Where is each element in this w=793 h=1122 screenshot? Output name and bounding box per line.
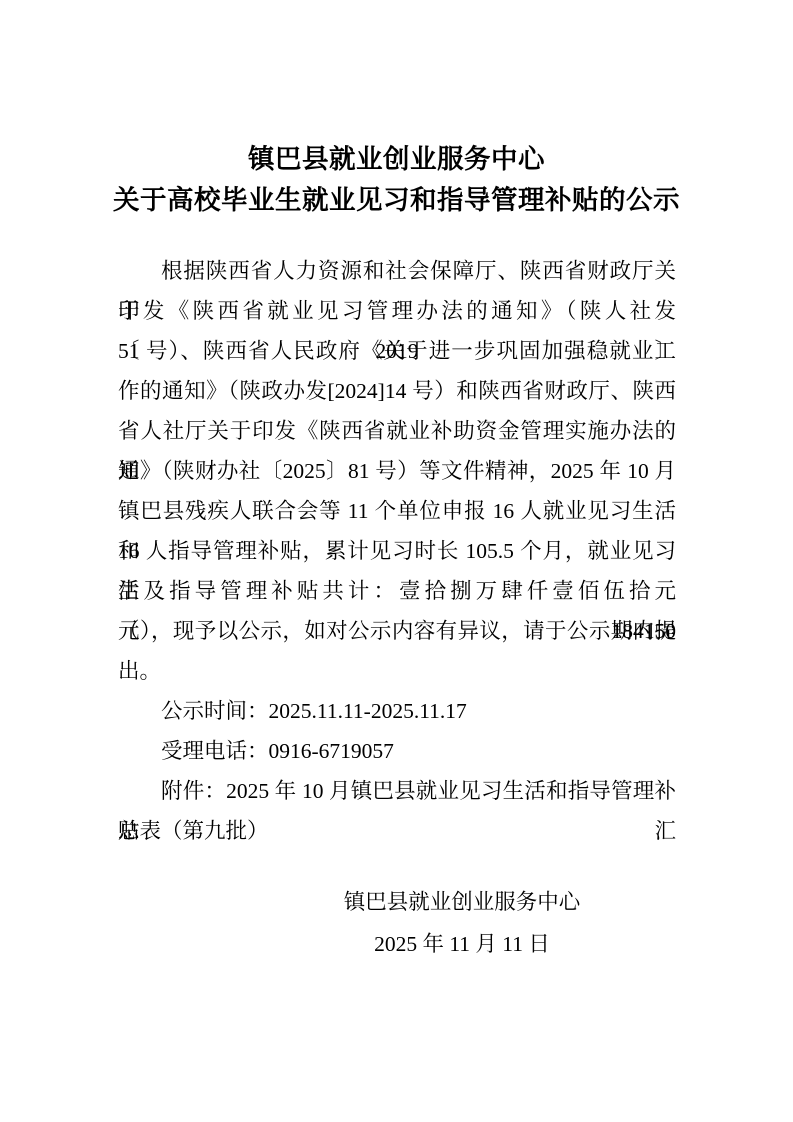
body-line: 51 号）、陕西省人民政府《关于进一步巩固加强稳就业工 xyxy=(118,331,676,371)
body-line: 知》（陕财办社〔2025〕81 号）等文件精神，2025 年 10 月 xyxy=(118,451,676,491)
contact-phone-line: 受理电话：0916-6719057 xyxy=(118,731,676,771)
body-line: 根据陕西省人力资源和社会保障厅、陕西省财政厅关于 xyxy=(118,251,676,291)
body-line: 出。 xyxy=(118,651,676,691)
document-title: 镇巴县就业创业服务中心 关于高校毕业生就业见习和指导管理补贴的公示 xyxy=(0,139,793,221)
body-line: 活及指导管理补贴共计：壹拾捌万肆仟壹佰伍拾元（184150 xyxy=(118,571,676,611)
body-line: 16 人指导管理补贴，累计见习时长 105.5 个月，就业见习生 xyxy=(118,531,676,571)
document-body: 根据陕西省人力资源和社会保障厅、陕西省财政厅关于 印发《陕西省就业见习管理办法的… xyxy=(118,251,676,851)
announcement-document-page: 镇巴县就业创业服务中心 关于高校毕业生就业见习和指导管理补贴的公示 根据陕西省人… xyxy=(0,0,793,1122)
title-line-1: 镇巴县就业创业服务中心 xyxy=(0,139,793,180)
body-line: 省人社厅关于印发《陕西省就业补助资金管理实施办法的通 xyxy=(118,411,676,451)
signature-org: 镇巴县就业创业服务中心 xyxy=(248,881,676,923)
attachment-line: 附件：2025 年 10 月镇巴县就业见习生活和指导管理补贴汇 xyxy=(118,771,676,811)
body-line: 元），现予以公示，如对公示内容有异议，请于公示期内提 xyxy=(118,611,676,651)
signature-block: 镇巴县就业创业服务中心 2025 年 11 月 11 日 xyxy=(248,881,676,965)
publicity-period-line: 公示时间：2025.11.11-2025.11.17 xyxy=(118,691,676,731)
signature-date: 2025 年 11 月 11 日 xyxy=(248,923,676,965)
body-line: 作的通知》（陕政办发[2024]14 号）和陕西省财政厅、陕西 xyxy=(118,371,676,411)
body-line: 镇巴县残疾人联合会等 11 个单位申报 16 人就业见习生活和 xyxy=(118,491,676,531)
title-line-2: 关于高校毕业生就业见习和指导管理补贴的公示 xyxy=(0,180,793,221)
body-line: 印发《陕西省就业见习管理办法的通知》（陕人社发〔2019〕 xyxy=(118,291,676,331)
